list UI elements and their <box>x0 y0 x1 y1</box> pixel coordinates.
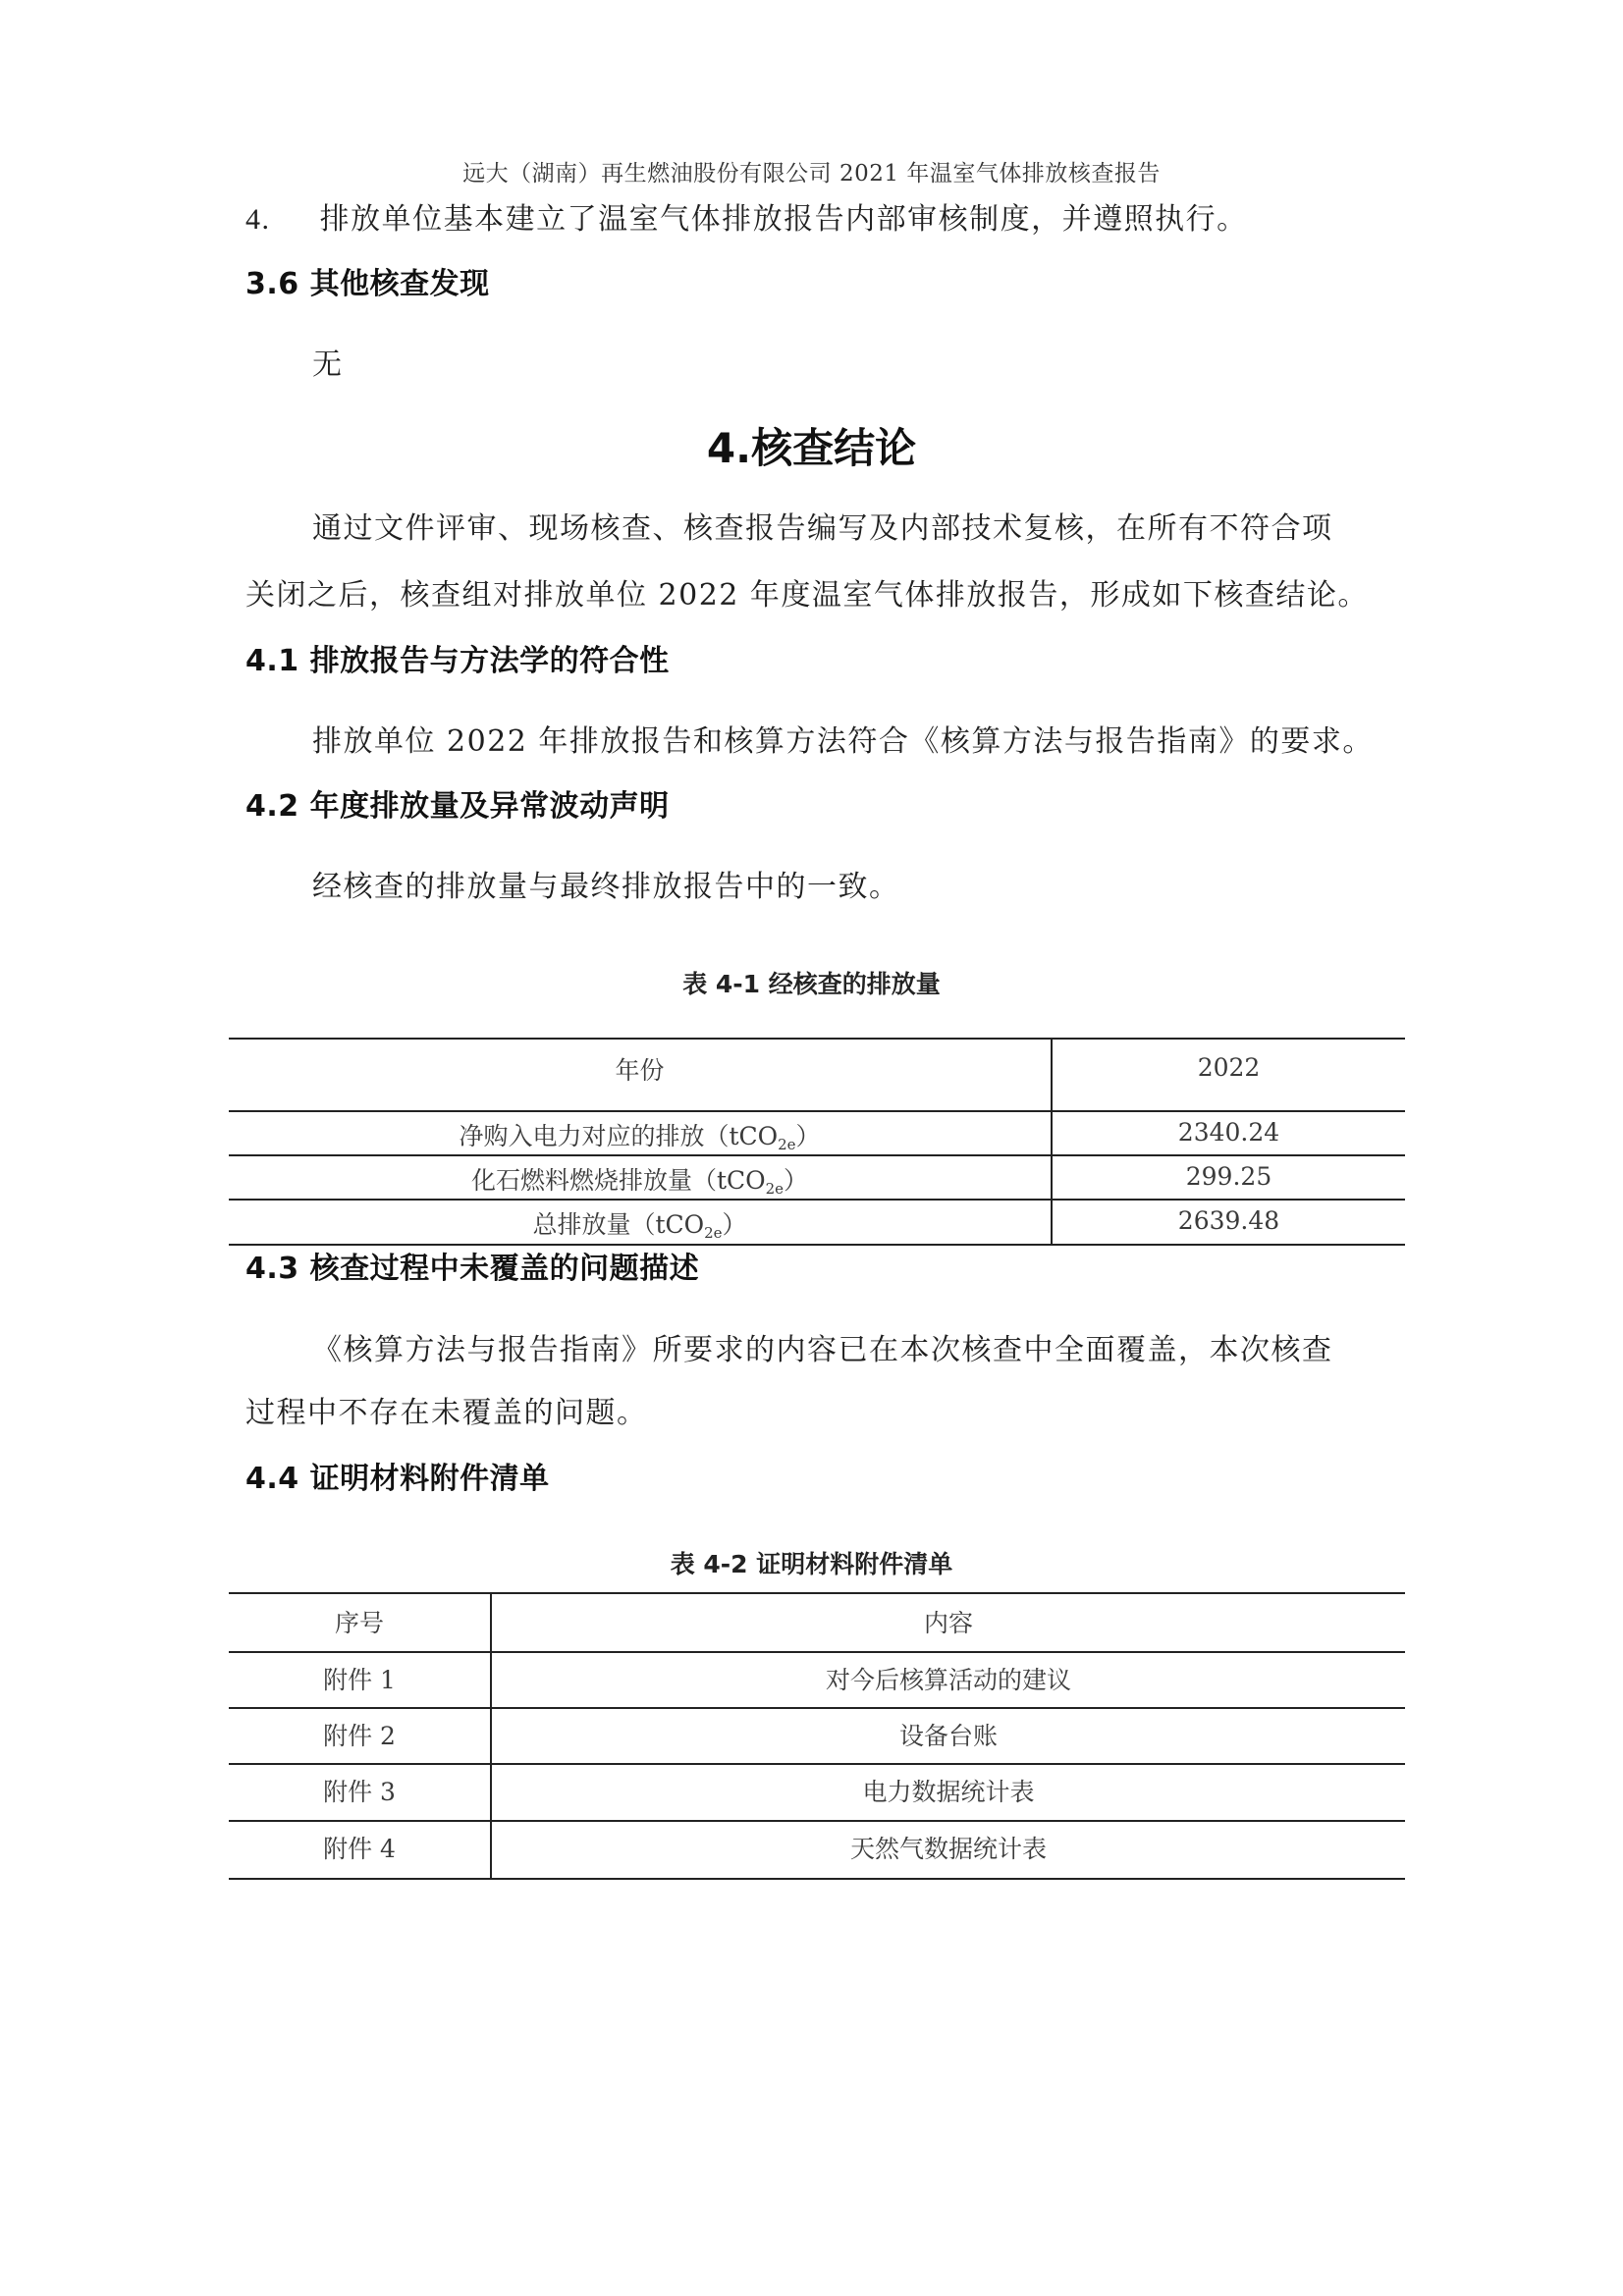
row-label-subscript: 2e <box>778 1136 795 1153</box>
table-row: 净购入电力对应的排放（tCO2e） 2340.24 <box>229 1111 1405 1155</box>
section-3-6-body: 无 <box>312 348 344 382</box>
table-cell-content: 电力数据统计表 <box>491 1764 1405 1821</box>
row-label-suffix: ） <box>784 1166 808 1195</box>
attachment-number: 附件 3 <box>229 1765 490 1808</box>
table-row: 化石燃料燃烧排放量（tCO2e） 299.25 <box>229 1155 1405 1200</box>
row-label: 净购入电力对应的排放（tCO <box>459 1122 778 1150</box>
table-4-1-caption: 表 4-1 经核查的排放量 <box>0 965 1623 1000</box>
table-row: 总排放量（tCO2e） 2639.48 <box>229 1200 1405 1245</box>
year-label: 年份 <box>229 1040 1051 1087</box>
table-cell-no: 附件 1 <box>229 1652 491 1708</box>
table-cell-no: 附件 3 <box>229 1764 491 1821</box>
table-cell-content: 天然气数据统计表 <box>491 1821 1405 1879</box>
table-header-row: 年份 2022 <box>229 1039 1405 1111</box>
table-row: 附件 4 天然气数据统计表 <box>229 1821 1405 1879</box>
section-4-1-body: 排放单位 2022 年排放报告和核算方法符合《核算方法与报告指南》的要求。 <box>312 725 1374 759</box>
section-heading-4-3: 4.3 核查过程中未覆盖的问题描述 <box>245 1253 699 1286</box>
table-row: 附件 1 对今后核算活动的建议 <box>229 1652 1405 1708</box>
row-value: 2340.24 <box>1053 1112 1405 1147</box>
attachment-number: 附件 1 <box>229 1653 490 1696</box>
table-cell-content: 设备台账 <box>491 1708 1405 1764</box>
table-cell-label: 净购入电力对应的排放（tCO2e） <box>229 1111 1052 1155</box>
attachment-content: 电力数据统计表 <box>492 1765 1405 1808</box>
row-label-suffix: ） <box>796 1122 821 1150</box>
intro-paragraph-line-2: 关闭之后，核查组对排放单位 2022 年度温室气体排放报告，形成如下核查结论。 <box>245 579 1369 613</box>
section-heading-4-4: 4.4 证明材料附件清单 <box>245 1463 550 1496</box>
attachment-content: 对今后核算活动的建议 <box>492 1653 1405 1696</box>
row-label: 总排放量（tCO <box>532 1210 704 1239</box>
table-cell-label: 总排放量（tCO2e） <box>229 1200 1052 1245</box>
intro-paragraph-line-1: 通过文件评审、现场核查、核查报告编写及内部技术复核，在所有不符合项 <box>312 512 1333 546</box>
table-cell-value: 2340.24 <box>1052 1111 1405 1155</box>
row-label-subscript: 2e <box>704 1224 722 1242</box>
table-cell-content: 对今后核算活动的建议 <box>491 1652 1405 1708</box>
attachments-table: 序号 内容 附件 1 对今后核算活动的建议 附件 2 设备台账 附件 3 电力数… <box>229 1592 1405 1880</box>
table-row: 附件 3 电力数据统计表 <box>229 1764 1405 1821</box>
attachment-number: 附件 4 <box>229 1822 490 1865</box>
row-value: 299.25 <box>1053 1156 1405 1191</box>
table-header-row: 序号 内容 <box>229 1593 1405 1652</box>
table-header-cell: 序号 <box>229 1593 491 1652</box>
list-item-text: 排放单位基本建立了温室气体排放报告内部审核制度，并遵照执行。 <box>320 202 1248 237</box>
row-label-suffix: ） <box>723 1210 747 1239</box>
section-heading-4-2: 4.2 年度排放量及异常波动声明 <box>245 790 670 824</box>
attachment-content: 设备台账 <box>492 1709 1405 1752</box>
table-header-cell: 内容 <box>491 1593 1405 1652</box>
section-4-3-body-line-2: 过程中不存在未覆盖的问题。 <box>245 1397 648 1430</box>
emissions-table: 年份 2022 净购入电力对应的排放（tCO2e） 2340.24 化石燃料燃烧… <box>229 1038 1405 1246</box>
column-header-no: 序号 <box>229 1594 490 1639</box>
table-cell-label: 化石燃料燃烧排放量（tCO2e） <box>229 1155 1052 1200</box>
row-label: 化石燃料燃烧排放量（tCO <box>471 1166 766 1195</box>
table-cell-value: 299.25 <box>1052 1155 1405 1200</box>
row-value: 2639.48 <box>1053 1201 1405 1235</box>
attachment-number: 附件 2 <box>229 1709 490 1752</box>
table-cell-no: 附件 4 <box>229 1821 491 1879</box>
list-item-4: 4. 排放单位基本建立了温室气体排放报告内部审核制度，并遵照执行。 <box>245 203 1248 237</box>
table-header-cell: 年份 <box>229 1039 1052 1111</box>
section-4-3-body-line-1: 《核算方法与报告指南》所要求的内容已在本次核查中全面覆盖，本次核查 <box>312 1334 1333 1367</box>
running-header: 远大（湖南）再生燃油股份有限公司 2021 年温室气体排放核查报告 <box>0 155 1623 187</box>
table-cell-no: 附件 2 <box>229 1708 491 1764</box>
attachment-content: 天然气数据统计表 <box>492 1822 1405 1865</box>
table-header-cell: 2022 <box>1052 1039 1405 1111</box>
section-4-2-body: 经核查的排放量与最终排放报告中的一致。 <box>312 871 900 904</box>
column-header-content: 内容 <box>492 1594 1405 1639</box>
section-heading-4-1: 4.1 排放报告与方法学的符合性 <box>245 645 670 678</box>
table-cell-value: 2639.48 <box>1052 1200 1405 1245</box>
chapter-heading: 4.核查结论 <box>0 416 1623 475</box>
table-4-2-caption: 表 4-2 证明材料附件清单 <box>0 1545 1623 1580</box>
table-row: 附件 2 设备台账 <box>229 1708 1405 1764</box>
section-heading-3-6: 3.6 其他核查发现 <box>245 268 490 301</box>
year-value: 2022 <box>1053 1040 1405 1082</box>
list-item-number: 4. <box>245 203 271 236</box>
row-label-subscript: 2e <box>766 1180 784 1198</box>
